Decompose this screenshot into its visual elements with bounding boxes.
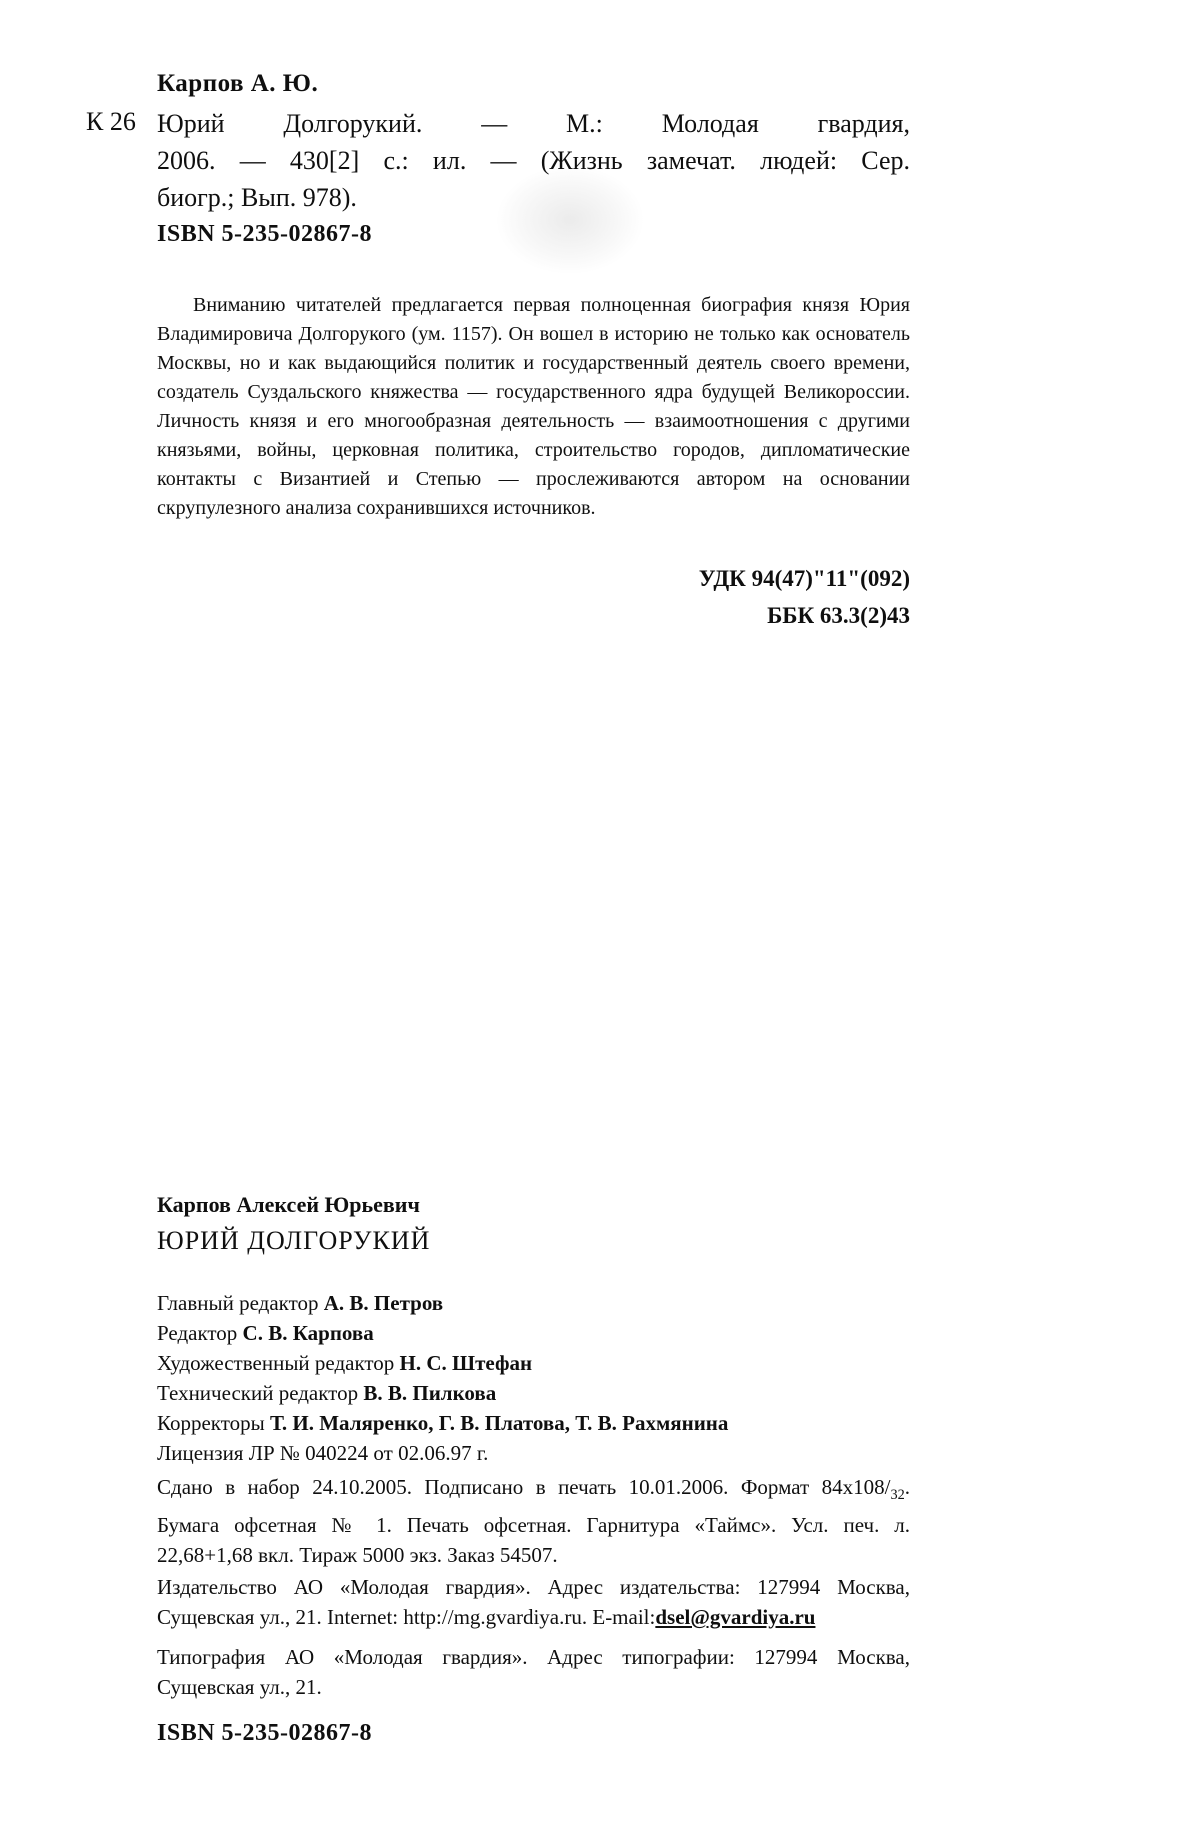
- print-line-1-text: Сдано в набор 24.10.2005. Подписано в пе…: [157, 1475, 890, 1499]
- bbk-code: ББК 63.3(2)43: [157, 597, 910, 634]
- staff-list: Главный редактор А. В. Петров Редактор С…: [157, 1288, 910, 1468]
- staff-name: В. В. Пилкова: [363, 1381, 496, 1405]
- staff-row-editor: Редактор С. В. Карпова: [157, 1318, 910, 1348]
- publisher-email: dsel@gvardiya.ru: [655, 1605, 815, 1629]
- staff-name: А. В. Петров: [324, 1291, 443, 1315]
- isbn-top: ISBN 5-235-02867-8: [157, 221, 910, 248]
- biblio-line-3: биогр.; Вып. 978).: [157, 179, 910, 216]
- publisher-line-1: Издательство АО «Молодая гвардия». Адрес…: [157, 1572, 910, 1602]
- catalog-index-code: К 26: [86, 107, 136, 137]
- staff-role: Корректоры: [157, 1411, 265, 1435]
- publisher-block: Издательство АО «Молодая гвардия». Адрес…: [157, 1572, 910, 1632]
- print-info-block: Сдано в набор 24.10.2005. Подписано в пе…: [157, 1472, 910, 1570]
- isbn-bottom: ISBN 5-235-02867-8: [157, 1720, 910, 1747]
- scanned-imprint-page: Карпов А. Ю. К 26 Юрий Долгорукий. — М.:…: [0, 0, 1200, 1846]
- colophon-author-name: Карпов Алексей Юрьевич: [157, 1192, 910, 1218]
- publisher-address-text: Сущевская ул., 21. Internet: http://mg.g…: [157, 1605, 655, 1629]
- print-line-1-end: .: [905, 1475, 910, 1499]
- staff-role: Технический редактор: [157, 1381, 358, 1405]
- print-line-3: 22,68+1,68 вкл. Тираж 5000 экз. Заказ 54…: [157, 1540, 910, 1570]
- staff-role: Художественный редактор: [157, 1351, 394, 1375]
- staff-row-chief-editor: Главный редактор А. В. Петров: [157, 1288, 910, 1318]
- print-line-1: Сдано в набор 24.10.2005. Подписано в пе…: [157, 1472, 910, 1510]
- book-title: ЮРИЙ ДОЛГОРУКИЙ: [157, 1226, 910, 1256]
- staff-name: Н. С. Штефан: [400, 1351, 533, 1375]
- typography-line-2: Сущевская ул., 21.: [157, 1672, 910, 1702]
- staff-row-tech-editor: Технический редактор В. В. Пилкова: [157, 1378, 910, 1408]
- classification-codes: УДК 94(47)"11"(092) ББК 63.3(2)43: [157, 560, 910, 634]
- print-line-2: Бумага офсетная № 1. Печать офсетная. Га…: [157, 1510, 910, 1540]
- annotation-paragraph: Вниманию читателей предлагается первая п…: [157, 291, 910, 523]
- biblio-line-1: Юрий Долгорукий. — М.: Молодая гвардия,: [157, 105, 910, 142]
- publisher-line-2: Сущевская ул., 21. Internet: http://mg.g…: [157, 1602, 910, 1632]
- staff-role: Главный редактор: [157, 1291, 319, 1315]
- udk-code: УДК 94(47)"11"(092): [157, 560, 910, 597]
- typography-line-1: Типография АО «Молодая гвардия». Адрес т…: [157, 1642, 910, 1672]
- staff-name: С. В. Карпова: [243, 1321, 374, 1345]
- staff-row-proofreaders: Корректоры Т. И. Маляренко, Г. В. Платов…: [157, 1408, 910, 1438]
- staff-row-art-editor: Художественный редактор Н. С. Штефан: [157, 1348, 910, 1378]
- biblio-line-2: 2006. — 430[2] с.: ил. — (Жизнь замечат.…: [157, 142, 910, 179]
- staff-role: Редактор: [157, 1321, 237, 1345]
- license-line: Лицензия ЛР № 040224 от 02.06.97 г.: [157, 1438, 910, 1468]
- staff-name: Т. И. Маляренко, Г. В. Платова, Т. В. Ра…: [270, 1411, 728, 1435]
- bibliographic-entry: Юрий Долгорукий. — М.: Молодая гвардия, …: [157, 105, 910, 216]
- catalog-card-author: Карпов А. Ю.: [157, 70, 910, 98]
- format-fraction-subscript: 32: [890, 1487, 904, 1503]
- typography-block: Типография АО «Молодая гвардия». Адрес т…: [157, 1642, 910, 1702]
